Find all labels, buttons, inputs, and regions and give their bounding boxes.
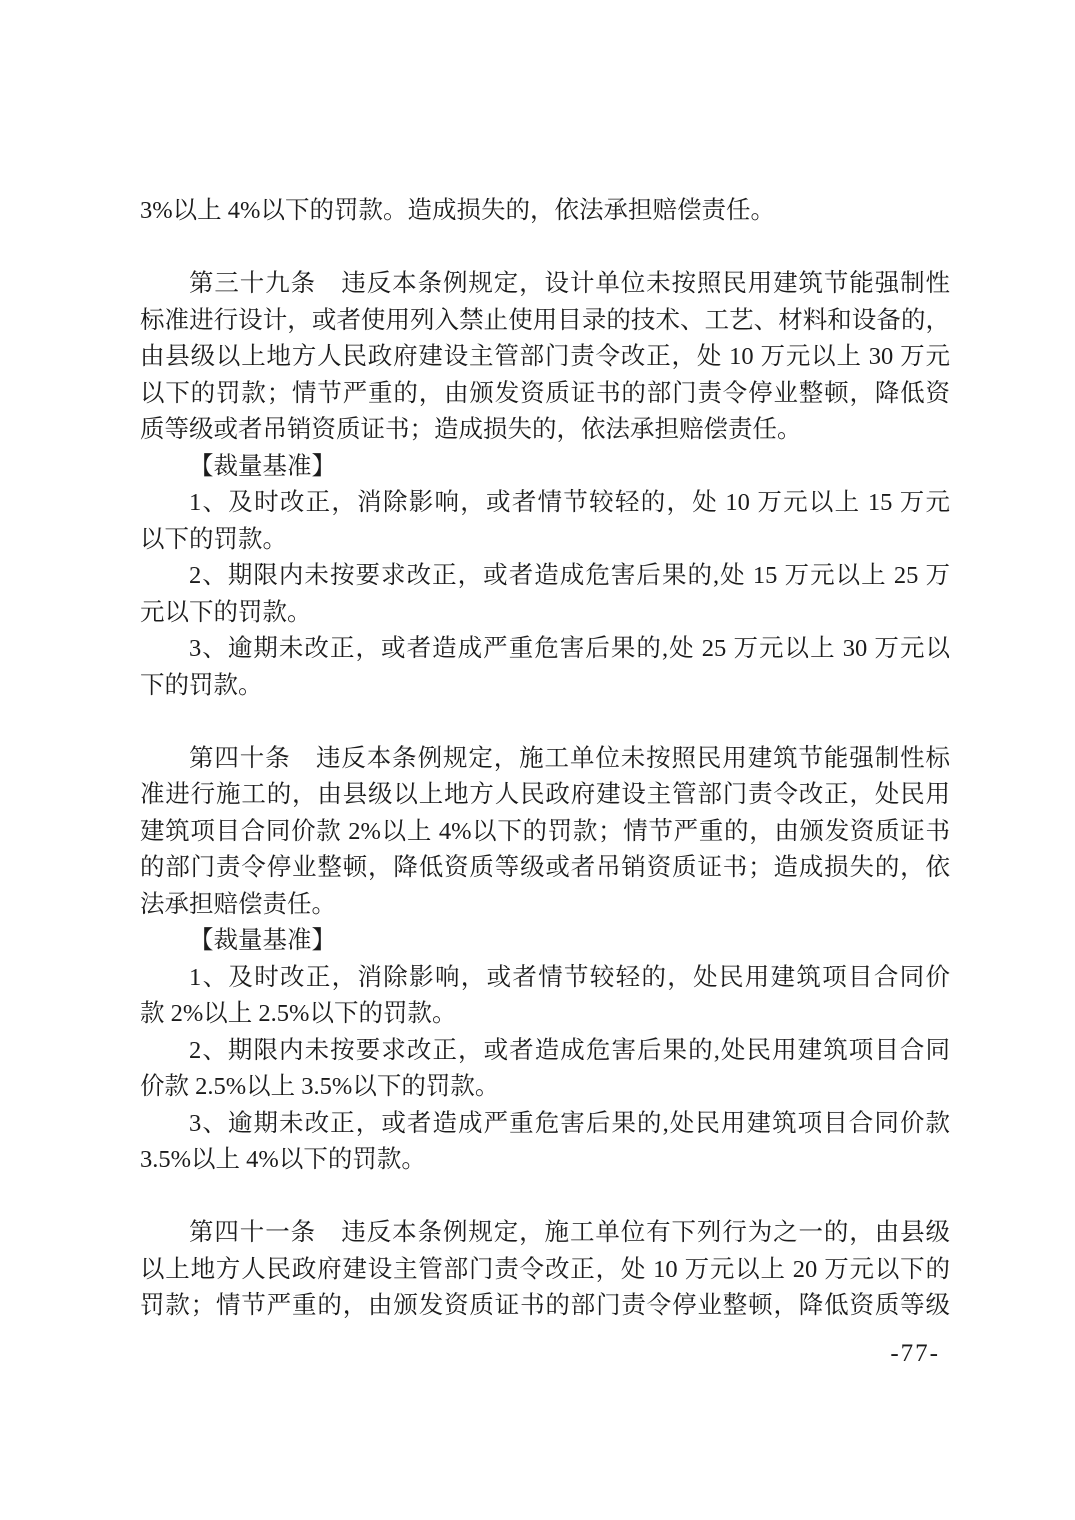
text-line: 2、期限内未按要求改正，或者造成危害后果的,处民用建筑项目合同: [140, 1033, 950, 1070]
text-line: 【裁量基准】: [140, 449, 950, 486]
text-line: 准进行施工的，由县级以上地方人民政府建设主管部门责令改正，处民用: [140, 777, 950, 814]
text-line: 由县级以上地方人民政府建设主管部门责令改正，处 10 万元以上 30 万元: [140, 339, 950, 376]
text-line: 3.5%以上 4%以下的罚款。: [140, 1142, 950, 1179]
paragraph-item: 1、及时改正，消除影响，或者情节较轻的，处民用建筑项目合同价款 2%以上 2.5…: [140, 960, 950, 1033]
paragraph-item: 1、及时改正，消除影响，或者情节较轻的，处 10 万元以上 15 万元以下的罚款…: [140, 485, 950, 558]
text-line: 第三十九条 违反本条例规定，设计单位未按照民用建筑节能强制性: [140, 266, 950, 303]
text-line: 法承担赔偿责任。: [140, 887, 950, 924]
text-line: 1、及时改正，消除影响，或者情节较轻的，处民用建筑项目合同价: [140, 960, 950, 997]
paragraph-item: 2、期限内未按要求改正，或者造成危害后果的,处 15 万元以上 25 万元以下的…: [140, 558, 950, 631]
text-line: 罚款；情节严重的，由颁发资质证书的部门责令停业整顿，降低资质等级: [140, 1288, 950, 1325]
paragraph-label: 【裁量基准】: [140, 449, 950, 486]
text-line: 1、及时改正，消除影响，或者情节较轻的，处 10 万元以上 15 万元: [140, 485, 950, 522]
text-line: 以下的罚款；情节严重的，由颁发资质证书的部门责令停业整顿，降低资: [140, 376, 950, 413]
text-line: 第四十一条 违反本条例规定，施工单位有下列行为之一的，由县级: [140, 1215, 950, 1252]
text-line: 2、期限内未按要求改正，或者造成危害后果的,处 15 万元以上 25 万: [140, 558, 950, 595]
text-line: 3、逾期未改正，或者造成严重危害后果的,处民用建筑项目合同价款: [140, 1106, 950, 1143]
text-line: 标准进行设计，或者使用列入禁止使用目录的技术、工艺、材料和设备的，: [140, 303, 950, 340]
text-line: 款 2%以上 2.5%以下的罚款。: [140, 996, 950, 1033]
paragraph-item: 3、逾期未改正，或者造成严重危害后果的,处 25 万元以上 30 万元以下的罚款…: [140, 631, 950, 704]
paragraph-article: 第四十条 违反本条例规定，施工单位未按照民用建筑节能强制性标准进行施工的，由县级…: [140, 741, 950, 924]
paragraph-article: 第三十九条 违反本条例规定，设计单位未按照民用建筑节能强制性标准进行设计，或者使…: [140, 266, 950, 449]
document-body: 3%以上 4%以下的罚款。造成损失的，依法承担赔偿责任。第三十九条 违反本条例规…: [140, 193, 950, 1325]
text-line: 元以下的罚款。: [140, 595, 950, 632]
text-line: 【裁量基准】: [140, 923, 950, 960]
text-line: 的部门责令停业整顿，降低资质等级或者吊销资质证书；造成损失的，依: [140, 850, 950, 887]
text-line: 以下的罚款。: [140, 522, 950, 559]
page-number: -77-: [890, 1340, 940, 1368]
paragraph-item: 3、逾期未改正，或者造成严重危害后果的,处民用建筑项目合同价款3.5%以上 4%…: [140, 1106, 950, 1179]
text-line: 下的罚款。: [140, 668, 950, 705]
paragraph-label: 【裁量基准】: [140, 923, 950, 960]
text-line: 建筑项目合同价款 2%以上 4%以下的罚款；情节严重的，由颁发资质证书: [140, 814, 950, 851]
text-line: 以上地方人民政府建设主管部门责令改正，处 10 万元以上 20 万元以下的: [140, 1252, 950, 1289]
paragraph-continuation: 3%以上 4%以下的罚款。造成损失的，依法承担赔偿责任。: [140, 193, 950, 230]
text-line: 3%以上 4%以下的罚款。造成损失的，依法承担赔偿责任。: [140, 193, 950, 230]
paragraph-article: 第四十一条 违反本条例规定，施工单位有下列行为之一的，由县级以上地方人民政府建设…: [140, 1215, 950, 1325]
paragraph-item: 2、期限内未按要求改正，或者造成危害后果的,处民用建筑项目合同价款 2.5%以上…: [140, 1033, 950, 1106]
text-line: 质等级或者吊销资质证书；造成损失的，依法承担赔偿责任。: [140, 412, 950, 449]
text-line: 3、逾期未改正，或者造成严重危害后果的,处 25 万元以上 30 万元以: [140, 631, 950, 668]
text-line: 第四十条 违反本条例规定，施工单位未按照民用建筑节能强制性标: [140, 741, 950, 778]
text-line: 价款 2.5%以上 3.5%以下的罚款。: [140, 1069, 950, 1106]
